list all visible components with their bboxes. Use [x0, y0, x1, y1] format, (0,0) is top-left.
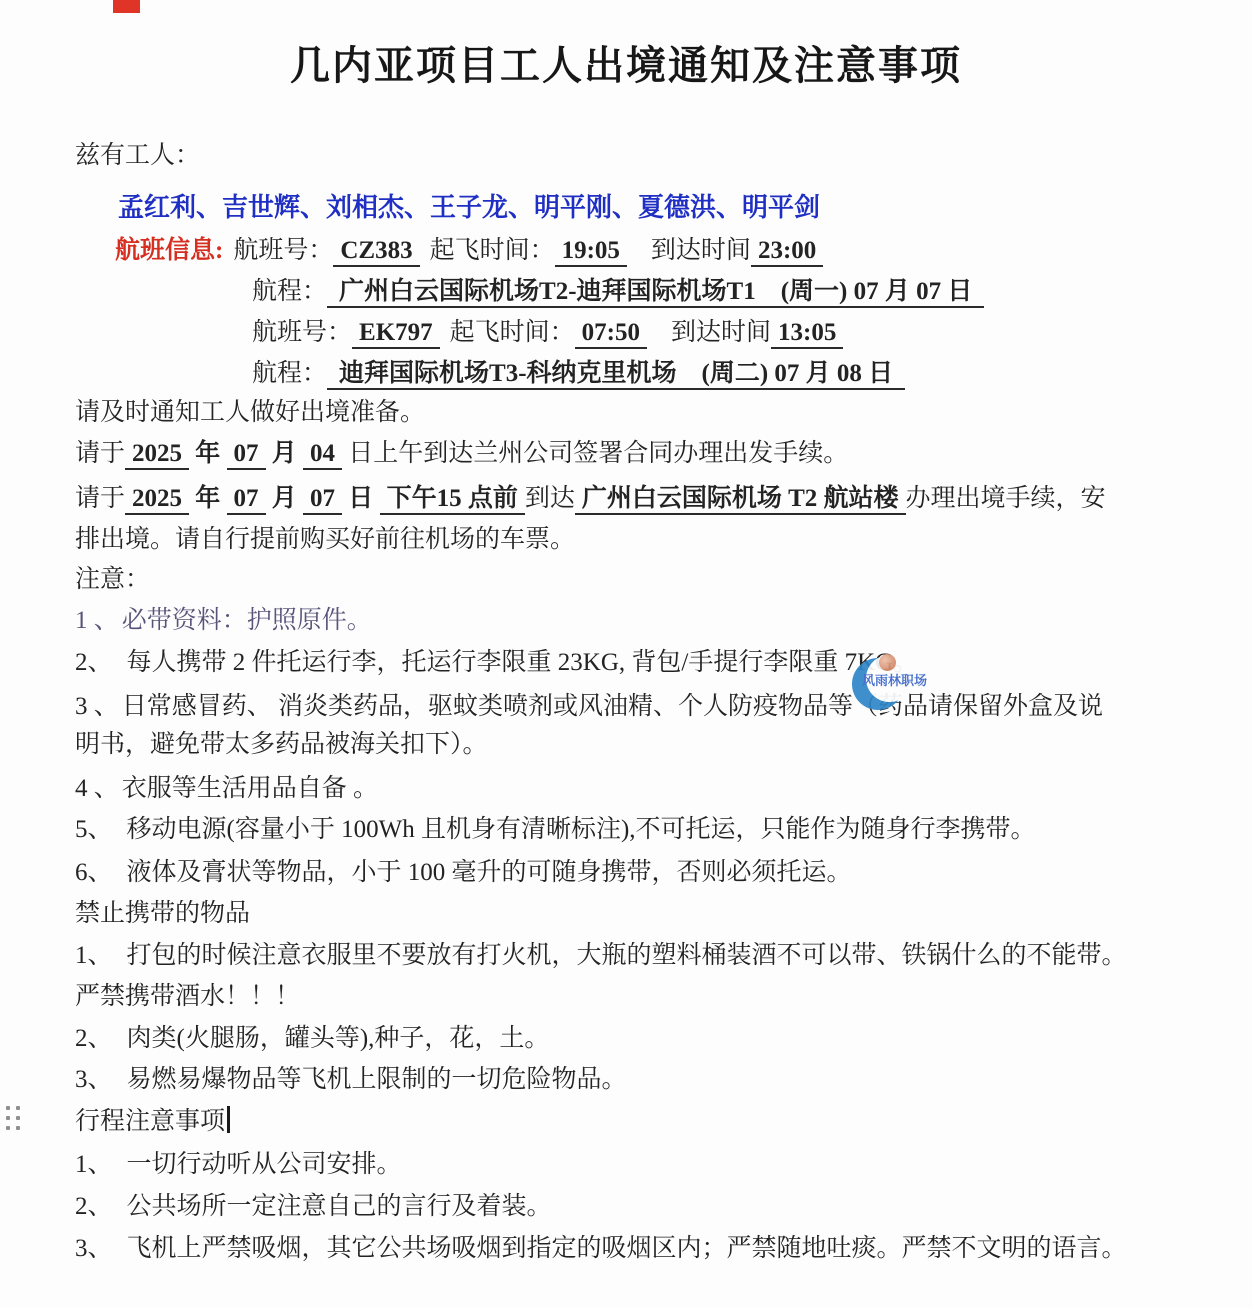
document-page: 几内亚项目工人出境通知及注意事项 兹有工人： 孟红利、吉世辉、刘相杰、王子龙、明…: [0, 0, 1252, 1308]
flight-2-line: 航班号：EK797起飞时间：07:50到达时间13:05: [252, 315, 843, 351]
forbidden-2-text: 肉类(火腿肠，罐头等),种子，花，土。: [127, 1025, 550, 1052]
flight-1-arr-label: 到达时间: [651, 237, 751, 264]
lz-day: 04: [303, 440, 342, 470]
flight-2-dep-time: 07:50: [575, 319, 647, 349]
watermark-text: 风雨林职场: [862, 670, 927, 689]
trip-1-text: 一切行动听从公司安排。: [127, 1151, 402, 1178]
note-4-num: 4 、: [75, 775, 119, 802]
paragraph-drag-handle-icon[interactable]: [6, 1106, 22, 1134]
notes-label-text: 注意：: [75, 566, 150, 593]
forbidden-label-line: 禁止携带的物品: [75, 896, 250, 932]
note-2-num: 2、: [75, 649, 113, 676]
lz-year-unit: 年: [189, 440, 227, 467]
flight-1-arr-time: 23:00: [751, 237, 823, 267]
guangzhou-date-line-1: 请于2025 年 07 月 07 日 下午15 点前到达广州白云国际机场 T2 …: [75, 481, 1106, 517]
flight-1-dep-label: 起飞时间：: [430, 237, 555, 264]
note-3-text-2: 明书，避免带太多药品被海关扣下）。: [75, 731, 488, 758]
workers-names-text: 孟红利、吉世辉、刘相杰、王子龙、明平刚、夏德洪、明平剑: [118, 193, 820, 222]
gz-year-unit: 年: [189, 485, 227, 512]
route-1-label: 航程：: [252, 278, 327, 305]
note-item-5: 5、移动电源(容量小于 100Wh 且机身有清晰标注),不可托运，只能作为随身行…: [75, 812, 1036, 848]
note-3-text-1: 日常感冒药、 消炎类药品，驱蚊类喷剂或风油精、个人防疫物品等（药品请保留外盒及说: [122, 693, 1103, 720]
note-item-2: 2、每人携带 2 件托运行李，托运行李限重 23KG, 背包/手提行李限重 7K…: [75, 645, 918, 681]
forbidden-item-1: 1、打包的时候注意衣服里不要放有打火机，大瓶的塑料桶装酒不可以带、铁锅什么的不能…: [75, 938, 1127, 974]
gz-pre: 请于: [75, 485, 125, 512]
trip-item-1: 1、一切行动听从公司安排。: [75, 1147, 402, 1183]
watermark-ball-icon: [879, 654, 896, 671]
route-2-line: 航程：迪拜国际机场T3-科纳克里机场 (周二) 07 月 08 日: [252, 356, 905, 392]
gz-time: 下午15 点前: [380, 485, 525, 515]
lanzhou-date-line: 请于2025 年 07 月 04 日上午到达兰州公司签署合同办理出发手续。: [75, 436, 848, 472]
trip-label-line: 行程注意事项: [75, 1104, 230, 1140]
flight-2-number: EK797: [352, 319, 440, 349]
lz-month: 07: [227, 440, 266, 470]
trip-2-text: 公共场所一定注意自己的言行及着装。: [127, 1193, 552, 1220]
flight-2-arr-label: 到达时间: [671, 319, 771, 346]
watermark-logo: 风雨林职场: [850, 636, 950, 710]
forbidden-2-num: 2、: [75, 1025, 113, 1052]
note-2-text: 每人携带 2 件托运行李，托运行李限重 23KG, 背包/手提行李限重 7KG。: [127, 649, 919, 676]
route-1-line: 航程：广州白云国际机场T2-迪拜国际机场T1 (周一) 07 月 07 日: [252, 274, 984, 310]
gz-terminal: 广州白云国际机场 T2 航站楼: [575, 485, 906, 515]
gz-line2-text: 排出境。请自行提前购买好前往机场的车票。: [75, 526, 575, 553]
trip-item-2: 2、公共场所一定注意自己的言行及着装。: [75, 1189, 552, 1225]
flight-1-no-label: 航班号：: [233, 237, 333, 264]
gz-to: 到达: [525, 485, 575, 512]
note-1-num: 1 、: [75, 607, 119, 634]
trip-3-text: 飞机上严禁吸烟，其它公共场吸烟到指定的吸烟区内；严禁随地吐痰。严禁不文明的语言。: [127, 1235, 1127, 1262]
note-5-num: 5、: [75, 816, 113, 843]
note-6-text: 液体及膏状等物品，小于 100 毫升的可随身携带，否则必须托运。: [127, 859, 852, 886]
gz-month: 07: [227, 485, 266, 515]
flight-1-number: CZ383: [333, 237, 419, 267]
route-2-label: 航程：: [252, 360, 327, 387]
workers-label: 兹有工人：: [75, 138, 200, 174]
prepare-notice-text: 请及时通知工人做好出境准备。: [75, 399, 425, 426]
flight-2-arr-time: 13:05: [771, 319, 843, 349]
workers-names: 孟红利、吉世辉、刘相杰、王子龙、明平刚、夏德洪、明平剑: [118, 190, 820, 226]
forbidden-warning-text: 严禁携带酒水！！！: [75, 983, 300, 1010]
note-6-num: 6、: [75, 859, 113, 886]
lz-year: 2025: [125, 440, 189, 470]
lz-rest: 日上午到达兰州公司签署合同办理出发手续。: [342, 440, 848, 467]
forbidden-1-text: 打包的时候注意衣服里不要放有打火机，大瓶的塑料桶装酒不可以带、铁锅什么的不能带。: [127, 942, 1127, 969]
trip-item-3: 3、飞机上严禁吸烟，其它公共场吸烟到指定的吸烟区内；严禁随地吐痰。严禁不文明的语…: [75, 1231, 1127, 1267]
forbidden-3-num: 3、: [75, 1066, 113, 1093]
flight-2-no-label: 航班号：: [252, 319, 352, 346]
flight-1-dep-time: 19:05: [555, 237, 627, 267]
guangzhou-date-line-2: 排出境。请自行提前购买好前往机场的车票。: [75, 522, 575, 558]
note-item-4: 4 、衣服等生活用品自备 。: [75, 771, 378, 807]
flight-2-dep-label: 起飞时间：: [450, 319, 575, 346]
notes-label-line: 注意：: [75, 562, 150, 598]
note-3-num: 3 、: [75, 693, 119, 720]
route-2-value: 迪拜国际机场T3-科纳克里机场 (周二) 07 月 08 日: [327, 360, 905, 390]
trip-1-num: 1、: [75, 1151, 113, 1178]
forbidden-label-text: 禁止携带的物品: [75, 900, 250, 927]
note-1-text: 必带资料：护照原件。: [122, 607, 372, 634]
flight-1-line: 航班信息:航班号：CZ383起飞时间：19:05到达时间23:00: [115, 233, 823, 269]
note-4-text: 衣服等生活用品自备 。: [122, 775, 378, 802]
gz-month-unit: 月: [266, 485, 304, 512]
flight-info-label: 航班信息:: [115, 237, 223, 264]
forbidden-warning-line: 严禁携带酒水！！！: [75, 979, 300, 1015]
gz-rest: 办理出境手续，安: [906, 485, 1106, 512]
gz-day-unit: 日: [342, 485, 380, 512]
lz-pre: 请于: [75, 440, 125, 467]
page-title: 几内亚项目工人出境通知及注意事项: [0, 34, 1252, 91]
lz-month-unit: 月: [266, 440, 304, 467]
workers-label-text: 兹有工人：: [75, 142, 200, 169]
forbidden-item-3: 3、易燃易爆物品等飞机上限制的一切危险物品。: [75, 1062, 627, 1098]
note-item-6: 6、液体及膏状等物品，小于 100 毫升的可随身携带，否则必须托运。: [75, 855, 852, 891]
route-1-value: 广州白云国际机场T2-迪拜国际机场T1 (周一) 07 月 07 日: [327, 278, 984, 308]
red-annotation-mark: [113, 0, 140, 13]
prepare-notice-line: 请及时通知工人做好出境准备。: [75, 395, 425, 431]
text-cursor: [227, 1106, 230, 1133]
note-item-3-line-2: 明书，避免带太多药品被海关扣下）。: [75, 727, 488, 763]
forbidden-3-text: 易燃易爆物品等飞机上限制的一切危险物品。: [127, 1066, 627, 1093]
trip-3-num: 3、: [75, 1235, 113, 1262]
forbidden-item-2: 2、肉类(火腿肠，罐头等),种子，花，土。: [75, 1021, 549, 1057]
note-item-1: 1 、必带资料：护照原件。: [75, 603, 372, 639]
trip-label-text: 行程注意事项: [75, 1108, 225, 1135]
gz-year: 2025: [125, 485, 189, 515]
gz-day: 07: [303, 485, 342, 515]
forbidden-1-num: 1、: [75, 942, 113, 969]
trip-2-num: 2、: [75, 1193, 113, 1220]
note-5-text: 移动电源(容量小于 100Wh 且机身有清晰标注),不可托运，只能作为随身行李携…: [127, 816, 1036, 843]
